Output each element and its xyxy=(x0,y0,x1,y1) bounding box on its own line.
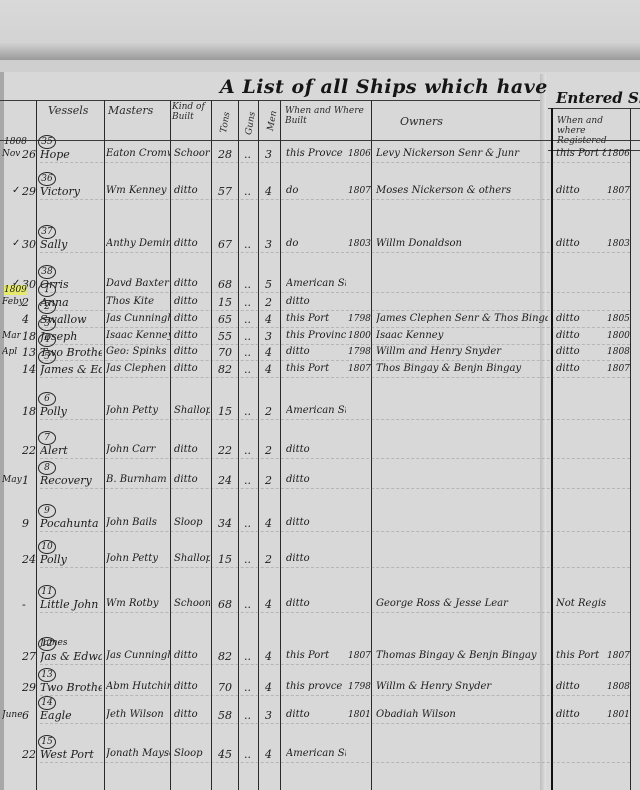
entry-number: 8 xyxy=(38,461,56,475)
entry-year: 1808 xyxy=(4,137,27,147)
built-where: this Province xyxy=(286,330,346,341)
entry-number: 37 xyxy=(38,225,56,239)
entry-number: 5 xyxy=(38,350,56,364)
men: 2 xyxy=(265,474,272,487)
registered-year: 1807 xyxy=(607,186,630,196)
guns: .. xyxy=(244,185,251,198)
owners: Obadiah Wilson xyxy=(376,709,548,720)
built-where: do xyxy=(286,185,346,196)
kind-of-built: Shallop xyxy=(174,553,210,564)
built-year: 1798 xyxy=(348,347,371,357)
owners: Moses Nickerson & others xyxy=(376,185,548,196)
guns: .. xyxy=(244,650,251,663)
registered-year: 1808 xyxy=(607,682,630,692)
registered-year: 1801 xyxy=(607,710,630,720)
men: 3 xyxy=(265,709,272,722)
built-where: ditto xyxy=(286,346,346,357)
header-kind-of-built: Kind of Built xyxy=(172,102,206,122)
row-rule xyxy=(40,695,630,696)
vessel-name: Little John xyxy=(40,598,102,611)
guns: .. xyxy=(244,517,251,530)
built-where: this provce xyxy=(286,681,346,692)
kind-of-built: ditto xyxy=(174,650,210,661)
entry-number: 1 xyxy=(38,283,56,297)
row-rule xyxy=(40,567,630,568)
entry-number: 38 xyxy=(38,265,56,279)
row-rule xyxy=(40,762,630,763)
entry-day: 26 xyxy=(22,148,36,161)
guns: .. xyxy=(244,238,251,251)
kind-of-built: ditto xyxy=(174,346,210,357)
tons: 24 xyxy=(218,474,232,487)
built-year: 1806 xyxy=(348,149,371,159)
header-when-where-registered: When and where Registered xyxy=(557,116,617,146)
row-rule xyxy=(40,612,630,613)
kind-of-built: ditto xyxy=(174,278,210,289)
guns: .. xyxy=(244,148,251,161)
rule xyxy=(0,140,640,141)
entry-number: 9 xyxy=(38,504,56,518)
built-where: ditto xyxy=(286,709,346,720)
col-divider xyxy=(170,100,171,790)
men: 2 xyxy=(265,296,272,309)
entry-day: 29 xyxy=(22,185,36,198)
master-name: Jas Cunningham xyxy=(106,313,170,324)
col-divider xyxy=(238,100,239,790)
built-year: 1807 xyxy=(348,186,371,196)
vessel-name: Hope xyxy=(40,148,102,161)
tons: 67 xyxy=(218,238,232,251)
built-where: this Port xyxy=(286,363,346,374)
master-name: Davd Baxter xyxy=(106,278,170,289)
registered-year: 1807 xyxy=(607,651,630,661)
vessel-name: Recovery xyxy=(40,474,102,487)
kind-of-built: ditto xyxy=(174,330,210,341)
tons: 68 xyxy=(218,598,232,611)
master-name: Abm Hutchinson xyxy=(106,681,170,692)
owners: Willm & Henry Snyder xyxy=(376,681,548,692)
owners: James Clephen Senr & Thos Bingay xyxy=(376,313,548,324)
row-rule xyxy=(40,360,630,361)
kind-of-built: ditto xyxy=(174,681,210,692)
guns: .. xyxy=(244,346,251,359)
master-name: B. Burnham xyxy=(106,474,170,485)
vessel-name: Two Brothers xyxy=(40,681,102,694)
men: 4 xyxy=(265,748,272,761)
master-name: Jas Clephen xyxy=(106,363,170,374)
tons: 57 xyxy=(218,185,232,198)
entry-day: 4 xyxy=(22,313,29,326)
guns: .. xyxy=(244,598,251,611)
registered-where: this Port 8 Sept xyxy=(556,148,606,159)
guns: .. xyxy=(244,296,251,309)
registered-where: ditto xyxy=(556,363,606,374)
men: 4 xyxy=(265,650,272,663)
built-where: ditto xyxy=(286,444,346,455)
entry-day: 14 xyxy=(22,363,36,376)
kind-of-built: Shallop xyxy=(174,405,210,416)
tons: 22 xyxy=(218,444,232,457)
built-year: 1800 xyxy=(348,331,371,341)
row-rule xyxy=(40,377,630,378)
row-rule xyxy=(40,531,630,532)
master-name: Wm Rotby xyxy=(106,598,170,609)
col-divider xyxy=(36,100,37,790)
col-divider xyxy=(104,100,105,790)
master-name: Thos Kite xyxy=(106,296,170,307)
row-rule xyxy=(40,310,630,311)
guns: .. xyxy=(244,553,251,566)
built-where: do xyxy=(286,238,346,249)
vessel-name: Polly xyxy=(40,405,102,418)
vessel-name: Jas & Edward xyxy=(40,650,102,663)
entry-day: 13 xyxy=(22,346,36,359)
built-where: American States xyxy=(286,278,346,289)
registered-where: ditto xyxy=(556,709,606,720)
header-masters: Masters xyxy=(108,106,153,116)
men: 4 xyxy=(265,346,272,359)
built-where: this Port xyxy=(286,313,346,324)
built-year: 1807 xyxy=(348,364,371,374)
tons: 34 xyxy=(218,517,232,530)
entry-day: 24 xyxy=(22,553,36,566)
master-name: John Carr xyxy=(106,444,170,455)
built-year: 1798 xyxy=(348,682,371,692)
entry-number: 11 xyxy=(38,585,56,599)
men: 3 xyxy=(265,238,272,251)
entry-number: 35 xyxy=(38,135,56,149)
col-divider xyxy=(258,100,259,790)
owners: Thos Bingay & Benjn Bingay xyxy=(376,363,548,374)
entry-day: 2 xyxy=(22,296,29,309)
registered-where: ditto xyxy=(556,346,606,357)
men: 2 xyxy=(265,405,272,418)
built-where: this Port xyxy=(286,650,346,661)
tons: 82 xyxy=(218,363,232,376)
guns: .. xyxy=(244,278,251,291)
master-name: Eaton Cromwell xyxy=(106,148,170,159)
entry-month: Mar xyxy=(2,331,21,341)
row-rule xyxy=(40,419,630,420)
entry-day: 27 xyxy=(22,650,36,663)
row-rule xyxy=(40,458,630,459)
entry-number: 14 xyxy=(38,696,56,710)
guns: .. xyxy=(244,748,251,761)
men: 3 xyxy=(265,148,272,161)
entry-number: 4 xyxy=(38,333,56,347)
registered-where: ditto xyxy=(556,185,606,196)
men: 3 xyxy=(265,330,272,343)
kind-of-built: Sloop xyxy=(174,748,210,759)
owners: Thomas Bingay & Benjn Bingay xyxy=(376,650,548,661)
header-owners: Owners xyxy=(400,117,443,127)
registered-year: 1807 xyxy=(607,364,630,374)
tons: 28 xyxy=(218,148,232,161)
entry-day: 22 xyxy=(22,444,36,457)
rule xyxy=(548,108,640,109)
men: 4 xyxy=(265,517,272,530)
kind-of-built: ditto xyxy=(174,185,210,196)
tons: 82 xyxy=(218,650,232,663)
master-name: John Bails xyxy=(106,517,170,528)
registered-where: Not Registered xyxy=(556,598,606,609)
vessel-name: James & Edward xyxy=(40,363,102,376)
tons: 15 xyxy=(218,296,232,309)
vessel-note: James xyxy=(40,638,67,648)
owners: Levy Nickerson Senr & Junr xyxy=(376,148,548,159)
entry-day: 22 xyxy=(22,748,36,761)
owners: Isaac Kenney xyxy=(376,330,548,341)
master-name: Wm Kenney xyxy=(106,185,170,196)
entry-number: 7 xyxy=(38,431,56,445)
registered-where: ditto xyxy=(556,313,606,324)
vessel-name: Eagle xyxy=(40,709,102,722)
men: 4 xyxy=(265,363,272,376)
vessel-name: Polly xyxy=(40,553,102,566)
registered-year: 1806 xyxy=(607,149,630,159)
row-rule xyxy=(40,488,630,489)
tons: 70 xyxy=(218,346,232,359)
row-rule xyxy=(40,162,630,163)
vessel-name: Pocahunta xyxy=(40,517,102,530)
men: 2 xyxy=(265,444,272,457)
page-edge xyxy=(0,72,4,790)
registered-where: ditto xyxy=(556,681,606,692)
rule xyxy=(0,100,540,101)
men: 4 xyxy=(265,313,272,326)
entry-number: 15 xyxy=(38,735,56,749)
men: 4 xyxy=(265,185,272,198)
entry-day: 9 xyxy=(22,517,29,530)
row-rule xyxy=(40,344,630,345)
guns: .. xyxy=(244,405,251,418)
built-year: 1798 xyxy=(348,314,371,324)
men: 4 xyxy=(265,681,272,694)
kind-of-built: ditto xyxy=(174,363,210,374)
built-where: this Provce xyxy=(286,148,346,159)
entry-day: 6 xyxy=(22,709,29,722)
entry-day: - xyxy=(22,598,26,611)
owners: George Ross & Jesse Lear xyxy=(376,598,548,609)
row-rule xyxy=(40,199,630,200)
guns: .. xyxy=(244,444,251,457)
built-year: 1801 xyxy=(348,710,371,720)
entry-number: 6 xyxy=(38,392,56,406)
entry-number: 36 xyxy=(38,172,56,186)
entry-day: 30 xyxy=(22,238,36,251)
entry-month: Nov xyxy=(2,149,20,159)
entry-number: 10 xyxy=(38,540,56,554)
owners: Willm and Henry Snyder xyxy=(376,346,548,357)
master-name: Jonath Mayson xyxy=(106,748,170,759)
built-where: ditto xyxy=(286,474,346,485)
row-rule xyxy=(40,723,630,724)
registered-where: ditto xyxy=(556,330,606,341)
men: 4 xyxy=(265,598,272,611)
check-mark: ✓ xyxy=(12,238,20,249)
registered-year: 1805 xyxy=(607,314,630,324)
tons: 68 xyxy=(218,278,232,291)
entry-month: Apl xyxy=(2,347,17,357)
row-rule xyxy=(40,664,630,665)
tons: 15 xyxy=(218,553,232,566)
col-divider xyxy=(630,108,631,790)
master-name: Jeth Wilson xyxy=(106,709,170,720)
tons: 45 xyxy=(218,748,232,761)
guns: .. xyxy=(244,709,251,722)
tons: 58 xyxy=(218,709,232,722)
kind-of-built: ditto xyxy=(174,238,210,249)
built-where: ditto xyxy=(286,296,346,307)
built-where: ditto xyxy=(286,553,346,564)
tons: 70 xyxy=(218,681,232,694)
master-name: Isaac Kenney xyxy=(106,330,170,341)
kind-of-built: ditto xyxy=(174,444,210,455)
check-mark: ✓ xyxy=(12,185,20,196)
entry-number: 2 xyxy=(38,300,56,314)
tons: 65 xyxy=(218,313,232,326)
kind-of-built: ditto xyxy=(174,296,210,307)
entry-month: Feby xyxy=(2,297,24,307)
kind-of-built: Schoor xyxy=(174,148,210,159)
registered-year: 1808 xyxy=(607,347,630,357)
built-where: American States xyxy=(286,405,346,416)
col-divider xyxy=(211,100,212,790)
entry-day: 18 xyxy=(22,405,36,418)
guns: .. xyxy=(244,363,251,376)
kind-of-built: ditto xyxy=(174,313,210,324)
kind-of-built: ditto xyxy=(174,709,210,720)
col-divider xyxy=(371,100,372,790)
guns: .. xyxy=(244,681,251,694)
guns: .. xyxy=(244,330,251,343)
kind-of-built: Schooner xyxy=(174,598,210,609)
registered-year: 1800 xyxy=(607,331,630,341)
vessel-name: Victory xyxy=(40,185,102,198)
kind-of-built: ditto xyxy=(174,474,210,485)
built-where: ditto xyxy=(286,598,346,609)
men: 2 xyxy=(265,553,272,566)
ledger-title-continued: Entered Sh xyxy=(556,89,640,107)
registered-where: this Port xyxy=(556,650,606,661)
kind-of-built: Sloop xyxy=(174,517,210,528)
row-rule xyxy=(40,292,630,293)
row-rule xyxy=(40,252,630,253)
built-year: 1803 xyxy=(348,239,371,249)
master-name: John Petty xyxy=(106,405,170,416)
tons: 55 xyxy=(218,330,232,343)
entry-number: 13 xyxy=(38,668,56,682)
guns: .. xyxy=(244,474,251,487)
master-name: Anthy Deming xyxy=(106,238,170,249)
men: 5 xyxy=(265,278,272,291)
col-divider xyxy=(551,108,553,790)
entry-month: May xyxy=(2,475,22,485)
built-year: 1807 xyxy=(348,651,371,661)
built-where: ditto xyxy=(286,517,346,528)
entry-month: June xyxy=(2,710,23,720)
scan-top-band xyxy=(0,0,640,60)
ledger-title: A List of all Ships which have xyxy=(220,76,548,98)
col-divider xyxy=(280,100,281,790)
master-name: Jas Cunningham xyxy=(106,650,170,661)
registered-where: ditto xyxy=(556,238,606,249)
master-name: Geo: Spinks xyxy=(106,346,170,357)
entry-number: 3 xyxy=(38,317,56,331)
built-where: American States xyxy=(286,748,346,759)
owners: Willm Donaldson xyxy=(376,238,548,249)
vessel-name: Alert xyxy=(40,444,102,457)
vessel-name: West Port xyxy=(40,748,102,761)
header-vessels: Vessels xyxy=(48,106,88,116)
vessel-name: Sally xyxy=(40,238,102,251)
header-when-where-built: When and Where Built xyxy=(285,106,365,126)
guns: .. xyxy=(244,313,251,326)
tons: 15 xyxy=(218,405,232,418)
entry-year: 1809 xyxy=(4,285,27,295)
entry-day: 18 xyxy=(22,330,36,343)
entry-day: 29 xyxy=(22,681,36,694)
master-name: John Petty xyxy=(106,553,170,564)
entry-day: 1 xyxy=(22,474,29,487)
registered-year: 1803 xyxy=(607,239,630,249)
row-rule xyxy=(40,327,630,328)
